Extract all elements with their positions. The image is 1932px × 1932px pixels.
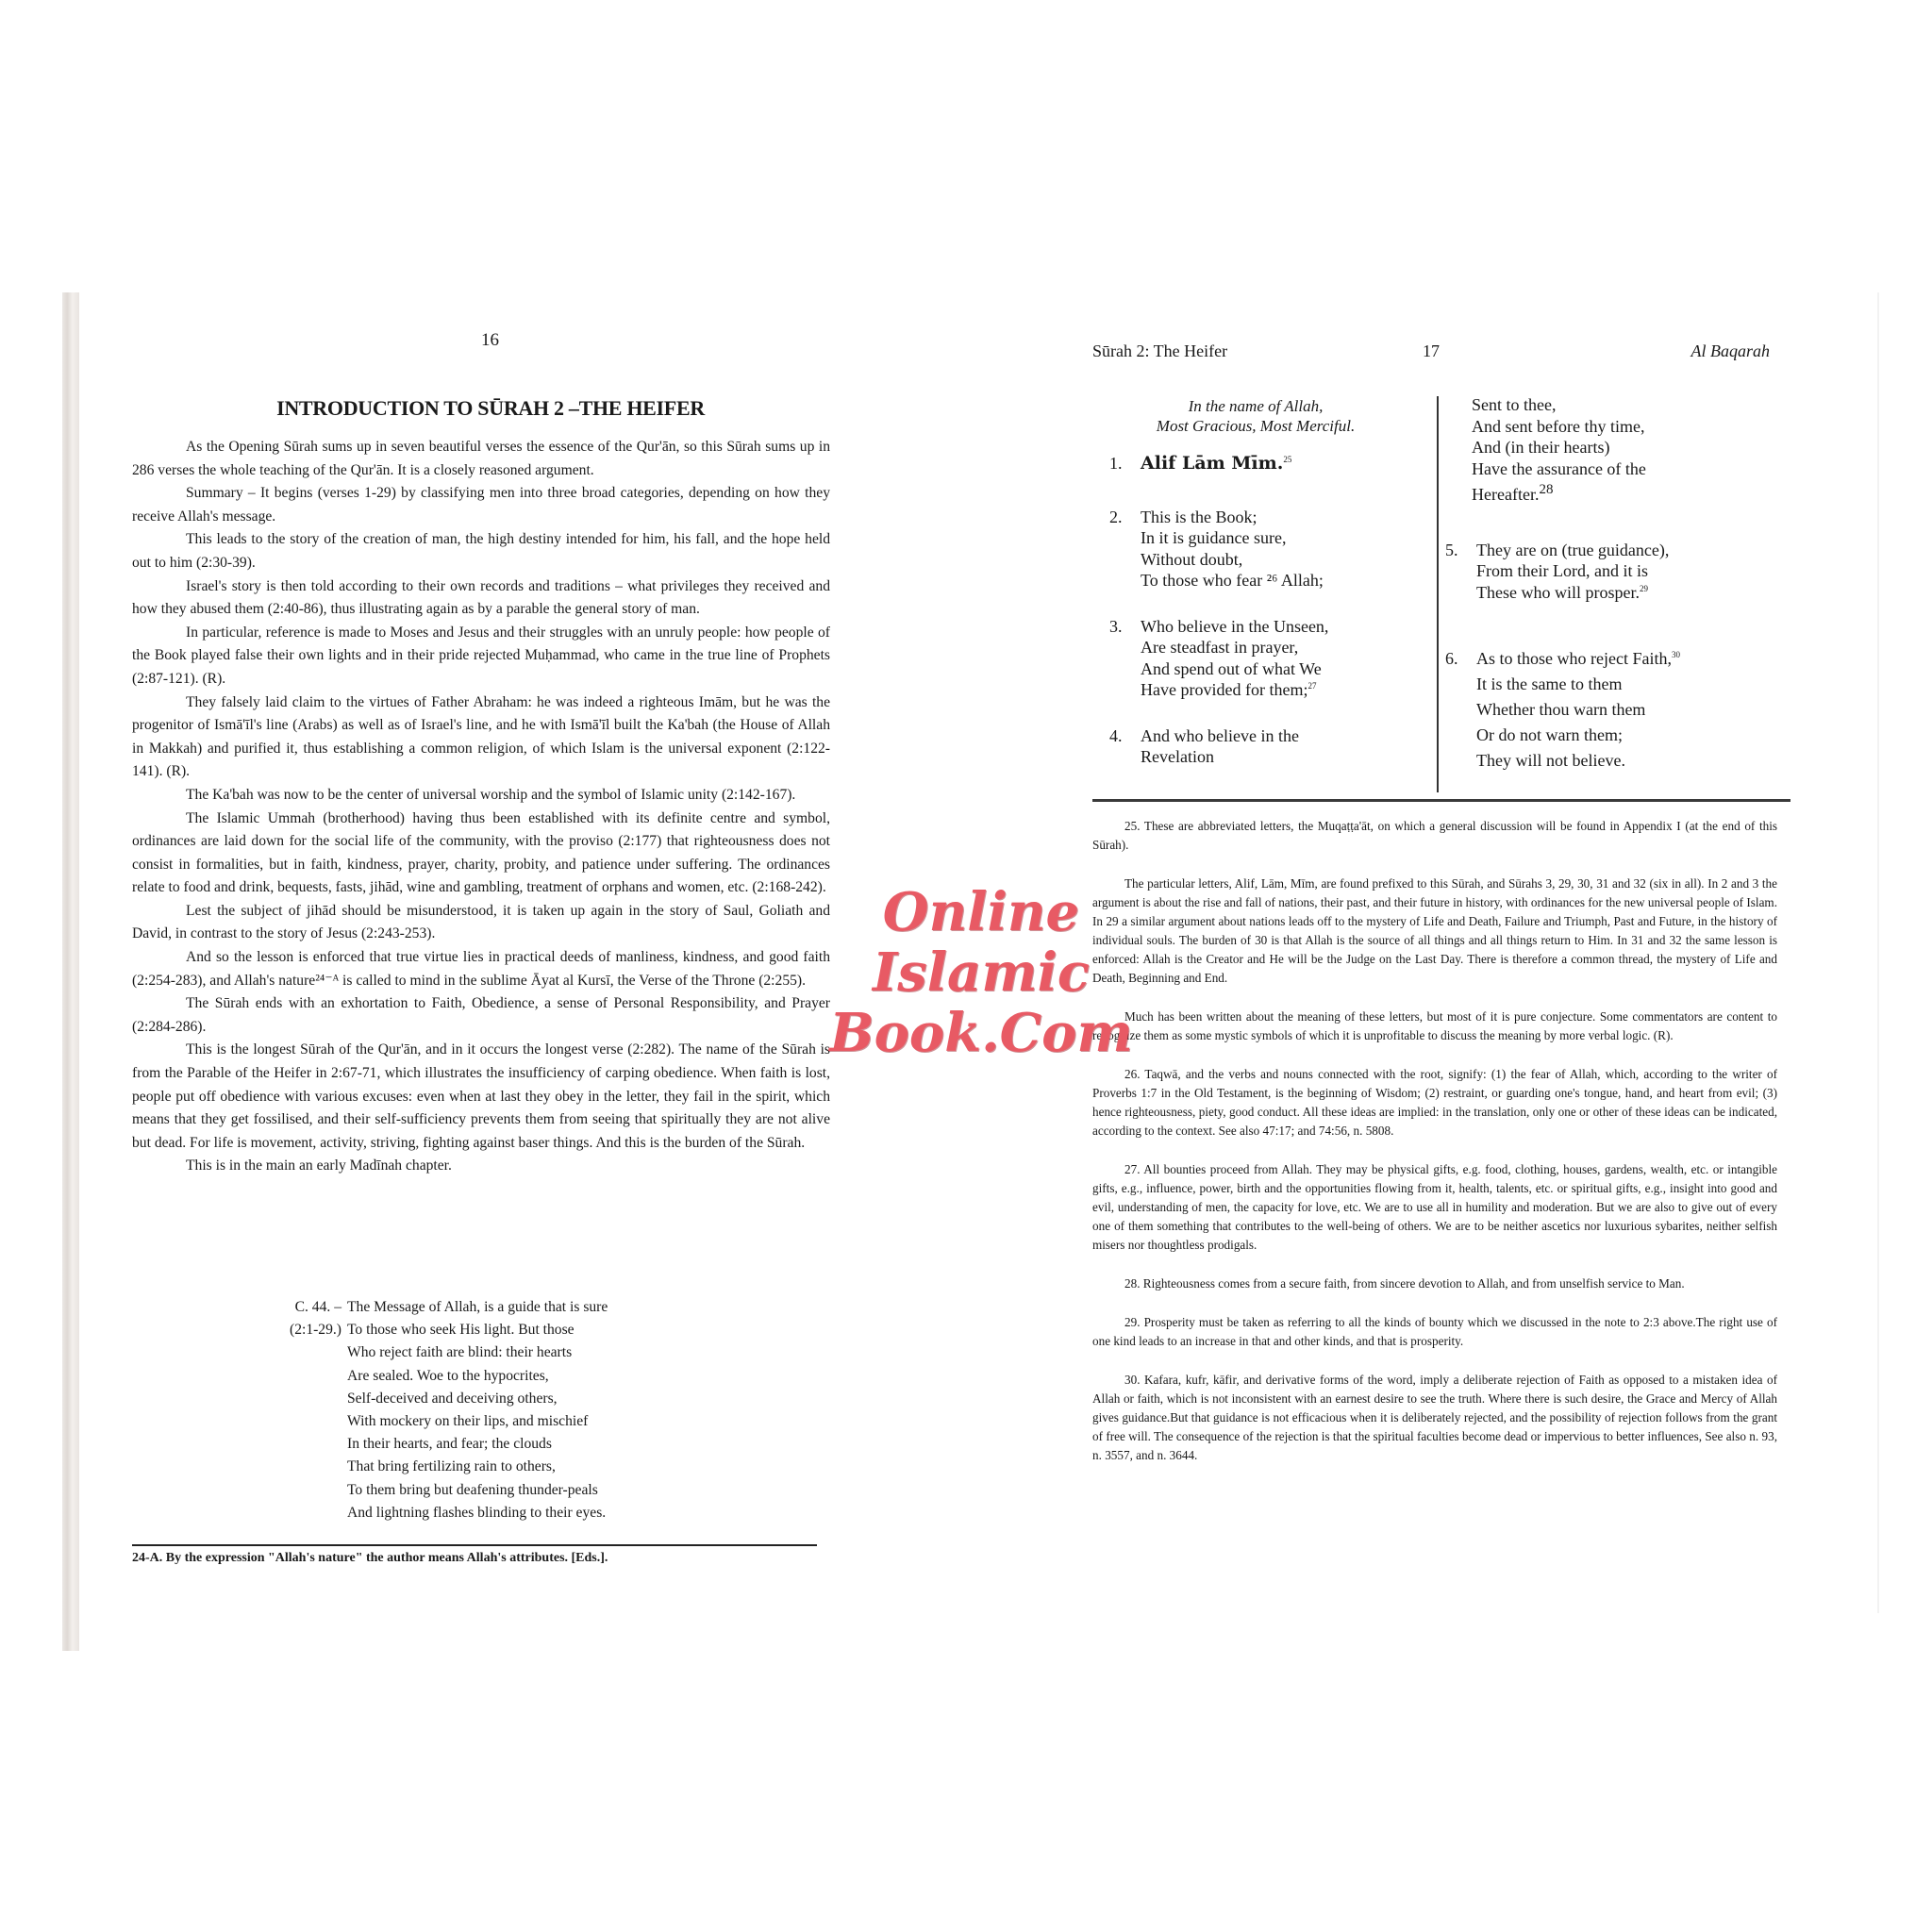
- verse-line: And (in their hearts): [1472, 437, 1783, 458]
- commentary-line: With mockery on their lips, and mischief: [347, 1410, 608, 1433]
- verse-number: 6.: [1445, 646, 1476, 774]
- commentary-line: Are sealed. Woe to the hypocrites,: [347, 1365, 608, 1388]
- notes-divider: [1092, 799, 1790, 802]
- verse-line: And spend out of what We: [1141, 658, 1328, 680]
- verse-6: 6. As to those who reject Faith,30 It is…: [1445, 646, 1783, 774]
- paragraph: The Ka'bah was now to be the center of u…: [132, 784, 830, 808]
- bismillah-line: Most Gracious, Most Merciful.: [1109, 416, 1402, 436]
- paragraph: This leads to the story of the creation …: [132, 528, 830, 575]
- commentary-reference: C. 44. –: [264, 1296, 347, 1319]
- bismillah-line: In the name of Allah,: [1109, 396, 1402, 416]
- footnote-ref: 27: [1307, 681, 1316, 691]
- verse-line: Alif Lām Mīm.: [1141, 453, 1283, 474]
- note-25: 25. These are abbreviated letters, the M…: [1092, 817, 1777, 855]
- paragraph: The Sūrah ends with an exhortation to Fa…: [132, 992, 830, 1039]
- verse-area: In the name of Allah, Most Gracious, Mos…: [1092, 396, 1790, 792]
- page-number: 16: [481, 330, 499, 351]
- paragraph: The Islamic Ummah (brotherhood) having t…: [132, 808, 830, 900]
- paragraph: Summary – It begins (verses 1-29) by cla…: [132, 482, 830, 528]
- note-25-continued: The particular letters, Alif, Lām, Mīm, …: [1092, 874, 1777, 988]
- bismillah: In the name of Allah, Most Gracious, Mos…: [1109, 396, 1421, 436]
- verse-line: Have provided for them;: [1141, 680, 1307, 699]
- commentary-line: Who reject faith are blind: their hearts: [347, 1341, 608, 1364]
- commentary-lines: Who reject faith are blind: their hearts…: [264, 1341, 608, 1524]
- verse-line: Or do not warn them;: [1476, 723, 1680, 748]
- note-29: 29. Prosperity must be taken as referrin…: [1092, 1313, 1777, 1351]
- paragraph: In particular, reference is made to Mose…: [132, 622, 830, 691]
- paragraph: This is the longest Sūrah of the Qur'ān,…: [132, 1039, 830, 1155]
- paragraph: As the Opening Sūrah sums up in seven be…: [132, 436, 830, 482]
- footnote-ref: 29: [1640, 584, 1648, 593]
- verse-2: 2. This is the Book; In it is guidance s…: [1109, 507, 1421, 591]
- verse-number: 4.: [1109, 725, 1141, 768]
- page-title: INTRODUCTION TO SŪRAH 2 –THE HEIFER: [132, 396, 849, 421]
- verse-line: They are on (true guidance),: [1476, 540, 1669, 561]
- running-head-surah: Sūrah 2: The Heifer: [1092, 341, 1227, 361]
- paragraph: They falsely laid claim to the virtues o…: [132, 691, 830, 784]
- commentary-line: The Message of Allah, is a guide that is…: [347, 1296, 608, 1319]
- commentary-line: And lightning flashes blinding to their …: [347, 1502, 608, 1524]
- verse-line: And who believe in the: [1141, 725, 1299, 747]
- note-30: 30. Kafara, kufr, kāfir, and derivative …: [1092, 1371, 1777, 1465]
- verse-column-right: Sent to thee, And sent before thy time, …: [1472, 396, 1783, 794]
- verse-3: 3. Who believe in the Unseen, Are steadf…: [1109, 616, 1421, 701]
- commentary-line: To those who seek His light. But those: [347, 1319, 575, 1341]
- verse-line: This is the Book;: [1141, 507, 1324, 528]
- commentary-line: To them bring but deafening thunder-peal…: [347, 1479, 608, 1502]
- verse-line: Who believe in the Unseen,: [1141, 616, 1328, 638]
- verse-line: It is the same to them: [1476, 672, 1680, 697]
- verse-5: 5. They are on (true guidance), From the…: [1445, 540, 1783, 604]
- verse-4-continuation: Sent to thee, And sent before thy time, …: [1472, 394, 1783, 506]
- commentary-notes: 25. These are abbreviated letters, the M…: [1092, 817, 1777, 1485]
- verse-line: Revelation: [1141, 746, 1299, 768]
- verse-line: Sent to thee,: [1472, 394, 1783, 416]
- commentary-line: Self-deceived and deceiving others,: [347, 1388, 608, 1410]
- note-27: 27. All bounties proceed from Allah. The…: [1092, 1160, 1777, 1255]
- verse-line: Without doubt,: [1141, 549, 1324, 571]
- paragraph: Lest the subject of jihād should be misu…: [132, 900, 830, 946]
- commentary-block: C. 44. – The Message of Allah, is a guid…: [264, 1296, 608, 1524]
- verse-number: 2.: [1109, 507, 1141, 591]
- footnote-ref: 25: [1283, 455, 1291, 464]
- running-head-name: Al Baqarah: [1691, 341, 1771, 361]
- column-divider: [1437, 396, 1439, 792]
- page-number: 17: [1423, 341, 1440, 361]
- footnote-ref: 28: [1539, 482, 1553, 497]
- verse-number: 1.: [1109, 453, 1141, 475]
- verse-1: 1. Alif Lām Mīm.25: [1109, 453, 1421, 475]
- introduction-body: As the Opening Sūrah sums up in seven be…: [132, 436, 830, 1178]
- note-28: 28. Righteousness comes from a secure fa…: [1092, 1274, 1777, 1293]
- verse-number: 5.: [1445, 540, 1476, 604]
- verse-number: 3.: [1109, 616, 1141, 701]
- verse-line: Have the assurance of the: [1472, 458, 1783, 480]
- verse-line: To those who fear ²⁶ Allah;: [1141, 570, 1324, 591]
- verse-line: Are steadfast in prayer,: [1141, 637, 1328, 658]
- verse-line: They will not believe.: [1476, 748, 1680, 774]
- paragraph: And so the lesson is enforced that true …: [132, 946, 830, 992]
- page-edge: [1877, 292, 1879, 1613]
- commentary-line: In their hearts, and fear; the clouds: [347, 1433, 608, 1456]
- verse-line: These who will prosper.: [1476, 583, 1640, 602]
- verse-4: 4. And who believe in the Revelation: [1109, 725, 1421, 768]
- paragraph: Israel's story is then told according to…: [132, 575, 830, 622]
- commentary-line: That bring fertilizing rain to others,: [347, 1456, 608, 1478]
- page-binding-edge: [62, 292, 79, 1651]
- verse-line: As to those who reject Faith,: [1476, 649, 1672, 668]
- note-25-continued: Much has been written about the meaning …: [1092, 1008, 1777, 1045]
- verse-line: And sent before thy time,: [1472, 416, 1783, 438]
- verse-line: Hereafter.: [1472, 485, 1539, 504]
- footnote-divider: [132, 1544, 817, 1546]
- footnote-ref: 30: [1672, 650, 1680, 659]
- verse-column-left: In the name of Allah, Most Gracious, Mos…: [1109, 396, 1421, 789]
- commentary-verse-range: (2:1-29.): [264, 1319, 347, 1341]
- verse-line: Whether thou warn them: [1476, 697, 1680, 723]
- note-26: 26. Taqwā, and the verbs and nouns conne…: [1092, 1065, 1777, 1141]
- book-spread: 16 INTRODUCTION TO SŪRAH 2 –THE HEIFER A…: [0, 0, 1932, 1932]
- verse-line: From their Lord, and it is: [1476, 560, 1669, 582]
- footnote: 24-A. By the expression "Allah's nature"…: [132, 1551, 608, 1566]
- paragraph: This is in the main an early Madīnah cha…: [132, 1155, 830, 1178]
- verse-line: In it is guidance sure,: [1141, 527, 1324, 549]
